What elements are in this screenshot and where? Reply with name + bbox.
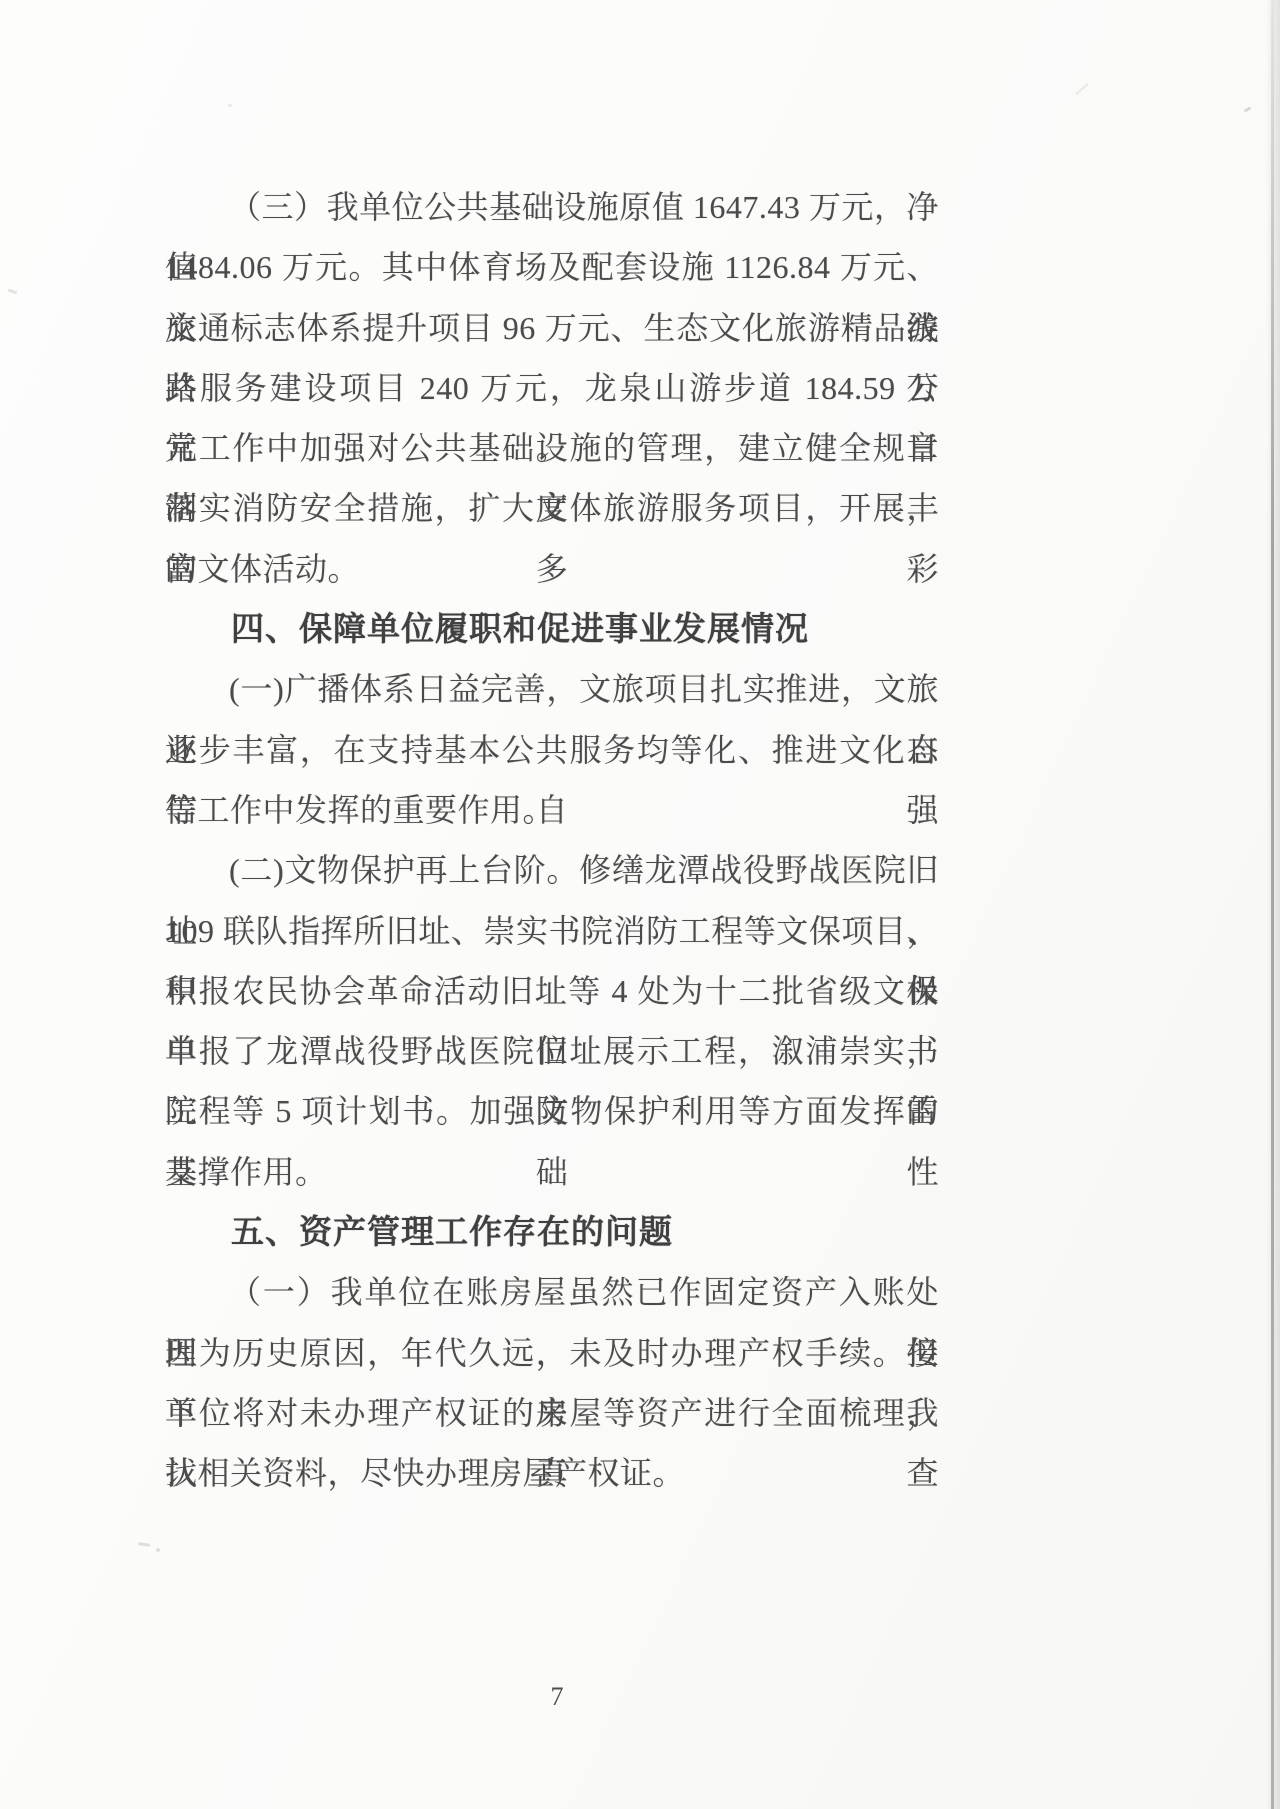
paragraph-line: 逐步丰富，在支持基本公共服务均等化、推进文化自信自强 — [165, 720, 939, 780]
paragraph-line: 交通标志体系提升项目 96 万元、生态文化旅游精品线路公 — [165, 298, 939, 358]
paragraph-line: 共服务建设项目 240 万元，龙泉山游步道 184.59 万元。日 — [165, 358, 939, 418]
scan-artifact — [138, 1542, 150, 1547]
section-heading-4: 四、保障单位履职和促进事业发展情况 — [165, 599, 939, 659]
paragraph-line: 109 联队指挥所旧址、崇实书院消防工程等文保项目，积极 — [165, 901, 939, 961]
paragraph-line: 常工作中加强对公共基础设施的管理，建立健全规章制度， — [165, 418, 939, 478]
paragraph-line: 申报农民协会革命活动旧址等 4 处为十二批省级文保单位， — [165, 961, 939, 1021]
scan-artifact — [1075, 83, 1089, 95]
paragraph-line: (一)广播体系日益完善，文旅项目扎实推进，文旅业态 — [165, 659, 939, 719]
scan-artifact — [1244, 106, 1252, 112]
paragraph-line: (二)文物保护再上台阶。修缮龙潭战役野战医院旧址、 — [165, 840, 939, 900]
paragraph-line: （三）我单位公共基础设施原值 1647.43 万元，净值 — [165, 177, 939, 237]
paragraph-line: 因为历史原因，年代久远，未及时办理产权手续。接下来我 — [165, 1323, 939, 1383]
paragraph-line: 落实消防安全措施，扩大文体旅游服务项目，开展丰富多彩 — [165, 478, 939, 538]
paragraph-line: 单位将对未办理产权证的房屋等资产进行全面梳理，认真查 — [165, 1383, 939, 1443]
scan-artifact — [156, 1548, 160, 1552]
paragraph-line: 工程等 5 项计划书。加强文物保护利用等方面发挥的基础性 — [165, 1081, 939, 1141]
document-page: （三）我单位公共基础设施原值 1647.43 万元，净值 1484.06 万元。… — [0, 0, 1280, 1809]
paragraph-line: （一）我单位在账房屋虽然已作固定资产入账处理，但 — [165, 1262, 939, 1322]
scan-artifact — [228, 104, 232, 107]
paragraph-line: 1484.06 万元。其中体育场及配套设施 1126.84 万元、旅游 — [165, 237, 939, 297]
scan-artifact — [8, 289, 17, 295]
section-heading-5: 五、资产管理工作存在的问题 — [165, 1202, 939, 1262]
scan-edge-line — [1271, 0, 1274, 1809]
document-body: （三）我单位公共基础设施原值 1647.43 万元，净值 1484.06 万元。… — [165, 177, 939, 1504]
paragraph-line: 申报了龙潭战役野战医院旧址展示工程，溆浦崇实书院防雷 — [165, 1021, 939, 1081]
page-number: 7 — [0, 1682, 1114, 1712]
